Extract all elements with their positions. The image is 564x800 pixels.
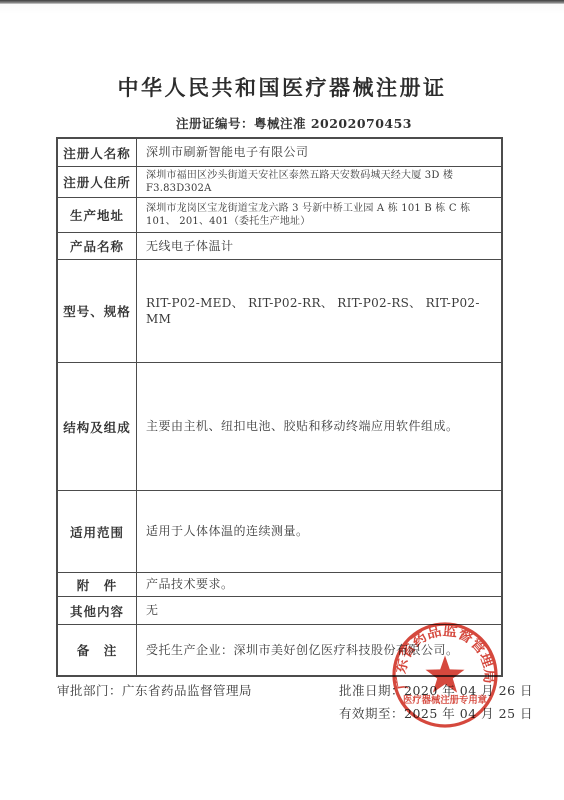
seal-bottom-text: 医疗器械注册专用章	[403, 694, 487, 706]
table-row-product-name: 产品名称 无线电子体温计	[58, 232, 501, 259]
table-row-production-address: 生产地址 深圳市龙岗区宝龙街道宝龙六路 3 号新中桥工业园 A 栋 101 B …	[58, 197, 501, 232]
row-value: 深圳市龙岗区宝龙街道宝龙六路 3 号新中桥工业园 A 栋 101 B 栋 C 栋…	[137, 198, 501, 232]
row-label: 附 件	[58, 573, 137, 596]
approval-department-value: 广东省药品监督管理局	[122, 683, 252, 698]
seal-star-icon	[426, 656, 465, 693]
official-red-seal: 广东省药品监督管理局 医疗器械注册专用章	[389, 616, 501, 732]
row-value: 适用于人体体温的连续测量。	[137, 491, 501, 572]
page-title: 中华人民共和国医疗器械注册证	[0, 72, 564, 102]
cert-number-value: 粤械注准 20202070453	[254, 116, 412, 131]
approval-department-label: 审批部门：	[57, 683, 122, 698]
certificate-page: 中华人民共和国医疗器械注册证 注册证编号：粤械注准 20202070453 注册…	[0, 0, 564, 800]
table-row-structure-composition: 结构及组成 主要由主机、纽扣电池、胶贴和移动终端应用软件组成。	[58, 362, 501, 490]
row-label: 其他内容	[58, 597, 137, 624]
row-label: 备 注	[58, 625, 137, 675]
row-value: 深圳市福田区沙头街道天安社区泰然五路天安数码城天经大厦 3D 楼 F3.83D3…	[137, 167, 501, 197]
table-row-model-spec: 型号、规格 RIT-P02-MED、 RIT-P02-RR、 RIT-P02-R…	[58, 259, 501, 362]
row-label: 产品名称	[58, 233, 137, 259]
table-row-registrant-address: 注册人住所 深圳市福田区沙头街道天安社区泰然五路天安数码城天经大厦 3D 楼 F…	[58, 166, 501, 197]
row-value: 无线电子体温计	[137, 233, 501, 259]
row-label: 适用范围	[58, 491, 137, 572]
row-label: 注册人名称	[58, 139, 137, 166]
row-value: 主要由主机、纽扣电池、胶贴和移动终端应用软件组成。	[137, 363, 501, 490]
row-value: 产品技术要求。	[137, 573, 501, 596]
row-value: 深圳市刷新智能电子有限公司	[137, 139, 501, 166]
certificate-table: 注册人名称 深圳市刷新智能电子有限公司 注册人住所 深圳市福田区沙头街道天安社区…	[56, 137, 503, 677]
cert-number-line: 注册证编号：粤械注准 20202070453	[12, 114, 564, 132]
row-label: 注册人住所	[58, 167, 137, 197]
scan-top-edge	[0, 0, 564, 4]
table-row-registrant-name: 注册人名称 深圳市刷新智能电子有限公司	[58, 139, 501, 166]
row-label: 生产地址	[58, 198, 137, 232]
table-row-attachment: 附 件 产品技术要求。	[58, 572, 501, 596]
cert-number-label: 注册证编号：	[176, 116, 254, 131]
table-row-scope-of-use: 适用范围 适用于人体体温的连续测量。	[58, 490, 501, 572]
approval-department-line: 审批部门：广东省药品监督管理局	[57, 681, 252, 699]
row-value: RIT-P02-MED、 RIT-P02-RR、 RIT-P02-RS、 RIT…	[137, 260, 501, 362]
row-label: 型号、规格	[58, 260, 137, 362]
row-label: 结构及组成	[58, 363, 137, 490]
